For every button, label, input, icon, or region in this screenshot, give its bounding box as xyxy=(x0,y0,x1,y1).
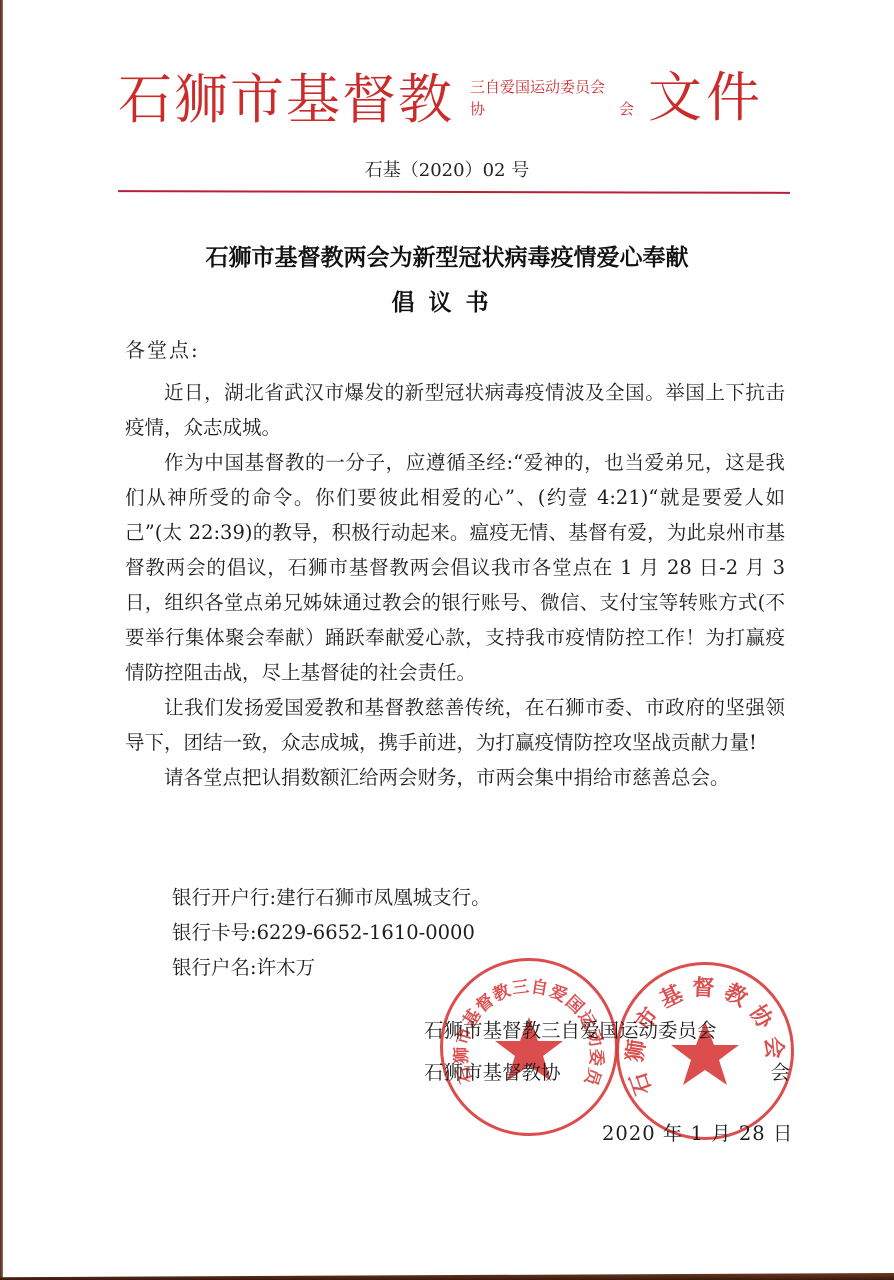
document-date: 2020 年 1 月 28 日 xyxy=(602,1118,793,1146)
signature-line-2-right: 会 xyxy=(770,1052,790,1094)
paragraph: 近日，湖北省武汉市爆发的新型冠状病毒疫情波及全国。举国上下抗击疫情，众志成城。 xyxy=(125,375,785,445)
bank-name-label: 银行开户行: xyxy=(172,886,276,909)
signature-line-1: 石狮市基督教三自爱国运动委员会 xyxy=(424,1010,790,1052)
header-org-suffix: 三自爱国运动委员会 协 会 xyxy=(470,76,634,120)
header-sub-line2: 协 会 xyxy=(470,98,634,120)
paragraph: 作为中国基督教的一分子，应遵循圣经:“爱神的，也当爱弟兄，这是我们从神所受的命令… xyxy=(125,445,785,690)
header-sub-line2-right: 会 xyxy=(619,98,634,120)
bank-name-row: 银行开户行:建行石狮市凤凰城支行。 xyxy=(172,880,491,915)
salutation: 各堂点: xyxy=(125,334,200,363)
header-divider xyxy=(118,190,790,194)
signatures: 石狮市基督教三自爱国运动委员会 石狮市基督教协 会 xyxy=(424,1010,790,1094)
bank-account-value: 许木万 xyxy=(257,956,316,979)
scan-bottom-edge xyxy=(0,1273,894,1280)
document-title: 石狮市基督教两会为新型冠状病毒疫情爱心奉献 xyxy=(0,243,894,273)
scan-left-edge xyxy=(0,0,3,1280)
signature-line-2-left: 石狮市基督教协 xyxy=(424,1052,561,1094)
header-sub-line1: 三自爱国运动委员会 xyxy=(470,76,634,98)
bank-name-value: 建行石狮市凤凰城支行。 xyxy=(276,886,491,909)
paragraph: 请各堂点把认捐数额汇给两会财务，市两会集中捐给市慈善总会。 xyxy=(125,760,785,795)
bank-card-row: 银行卡号:6229-6652-1610-0000 xyxy=(172,915,491,950)
bank-card-label: 银行卡号: xyxy=(172,921,257,944)
document-header: 石狮市基督教 三自爱国运动委员会 协 会 文件 xyxy=(118,60,798,140)
paragraph: 让我们发扬爱国爱教和基督教慈善传统，在石狮市委、市政府的坚强领导下，团结一致，众… xyxy=(125,690,785,760)
header-sub-line2-left: 协 xyxy=(470,98,485,120)
header-doc-type: 文件 xyxy=(648,66,764,130)
bank-card-value: 6229-6652-1610-0000 xyxy=(257,921,475,944)
bank-account-label: 银行户名: xyxy=(172,956,257,979)
document-number: 石基（2020）02 号 xyxy=(0,156,894,182)
document-body: 近日，湖北省武汉市爆发的新型冠状病毒疫情波及全国。举国上下抗击疫情，众志成城。 … xyxy=(125,375,785,795)
signature-line-2: 石狮市基督教协 会 xyxy=(424,1052,790,1094)
document-subtitle: 倡议书 xyxy=(0,284,894,317)
header-org-name: 石狮市基督教 xyxy=(118,68,454,132)
